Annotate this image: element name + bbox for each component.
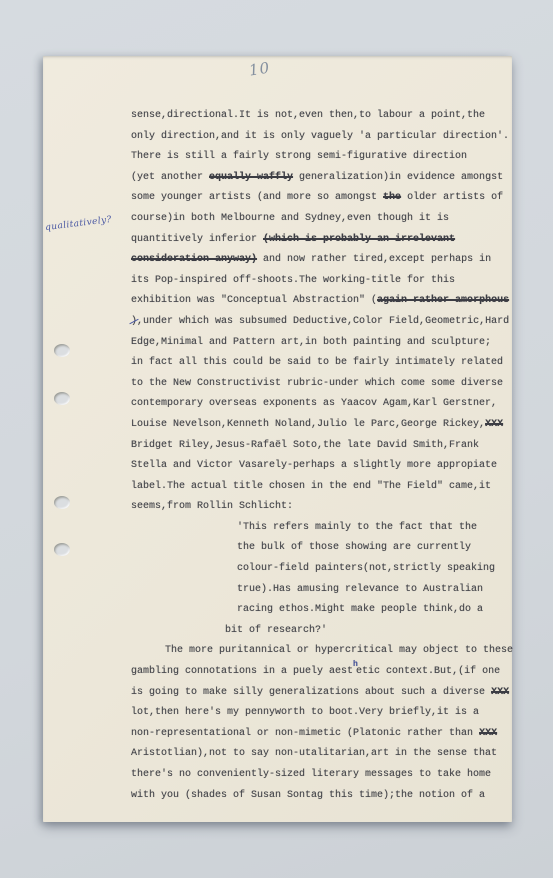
text-segment: some younger artists (and more so amongs… [131, 192, 383, 203]
strikethrough-segment: consideration anyway) [131, 254, 257, 265]
text-segment: course)in both Melbourne and Sydney,even… [131, 213, 449, 224]
text-segment: to the New Constructivist rubric-under w… [131, 378, 503, 389]
typed-line: sense,directional.It is not,even then,to… [131, 106, 512, 127]
text-segment: bit of research?' [225, 625, 327, 636]
text-segment: quantitively inferior [131, 234, 263, 245]
text-segment: label.The actual title chosen in the end… [131, 481, 491, 492]
typed-line: The more puritannical or hypercritical m… [131, 641, 512, 662]
punch-hole [54, 543, 70, 556]
typed-line: Louise Nevelson,Kenneth Noland,Julio le … [131, 415, 512, 436]
text-segment: lot,then here's my pennyworth to boot.Ve… [131, 707, 479, 718]
typed-line: quantitively inferior (which is probably… [131, 230, 512, 251]
text-segment: is going to make silly generalizations a… [131, 687, 491, 698]
page-number: 10 [248, 58, 272, 79]
text-segment: The more puritannical or hypercritical m… [165, 645, 513, 656]
text-segment: Edge,Minimal and Pattern art,in both pai… [131, 337, 491, 348]
text-segment: Aristotlian),not to say non-utalitarian,… [131, 748, 497, 759]
text-segment: with you (shades of Susan Sontag this ti… [131, 790, 485, 801]
strikethrough-segment: (which is probably an irrelevant [263, 234, 455, 245]
text-segment: generalization)in evidence amongst [293, 172, 503, 183]
text-segment: non-representational or non-mimetic (Pla… [131, 728, 479, 739]
typed-line: label.The actual title chosen in the end… [131, 477, 512, 498]
text-segment: only direction,and it is only vaguely 'a… [131, 131, 509, 142]
text-segment: there's no conveniently-sized literary m… [131, 769, 491, 780]
text-segment: and now rather tired,except perhaps in [257, 254, 491, 265]
typed-line: contemporary overseas exponents as Yaaco… [131, 394, 512, 415]
typed-line: its Pop-inspired off-shoots.The working-… [131, 271, 512, 292]
typed-line-quote: bit of research?' [131, 621, 512, 642]
text-segment: Stella and Victor Vasarely-perhaps a sli… [131, 460, 497, 471]
text-segment: racing ethos.Might make people think,do … [237, 604, 483, 615]
text-segment: exhibition was "Conceptual Abstraction" … [131, 295, 377, 306]
text-segment: There is still a fairly strong semi-figu… [131, 151, 467, 162]
typed-line: ),under which was subsumed Deductive,Col… [131, 312, 512, 333]
text-segment: contemporary overseas exponents as Yaaco… [131, 398, 497, 409]
typed-line-quote: colour-field painters(not,strictly speak… [131, 559, 512, 580]
typed-line: some younger artists (and more so amongs… [131, 188, 512, 209]
text-segment: the bulk of those showing are currently [237, 542, 471, 553]
text-segment: sense,directional.It is not,even then,to… [131, 110, 485, 121]
text-segment: seems,from Rollin Schlicht: [131, 501, 293, 512]
strikethrough-segment: XXX [479, 728, 497, 739]
typed-line: seems,from Rollin Schlicht: [131, 497, 512, 518]
typed-line: exhibition was "Conceptual Abstraction" … [131, 291, 512, 312]
text-segment: colour-field painters(not,strictly speak… [237, 563, 495, 574]
typed-line: Bridget Riley,Jesus-Rafaël Soto,the late… [131, 436, 512, 457]
typed-line: (yet another equally waffly generalizati… [131, 168, 512, 189]
pen-inserted-letter: h [353, 655, 356, 676]
punch-hole [54, 392, 70, 405]
typed-line: There is still a fairly strong semi-figu… [131, 147, 512, 168]
typed-line: to the New Constructivist rubric-under w… [131, 374, 512, 395]
typed-line-quote: racing ethos.Might make people think,do … [131, 600, 512, 621]
text-segment: true).Has amusing relevance to Australia… [237, 584, 483, 595]
typed-line: lot,then here's my pennyworth to boot.Ve… [131, 703, 512, 724]
text-segment: (yet another [131, 172, 209, 183]
text-segment: etic context.But,(if one [356, 666, 500, 677]
typed-line: only direction,and it is only vaguely 'a… [131, 127, 512, 148]
typed-line: there's no conveniently-sized literary m… [131, 765, 512, 786]
text-segment: ,under which was subsumed Deductive,Colo… [137, 316, 509, 327]
typed-line-quote: true).Has amusing relevance to Australia… [131, 580, 512, 601]
typed-line: course)in both Melbourne and Sydney,even… [131, 209, 512, 230]
typed-line: with you (shades of Susan Sontag this ti… [131, 786, 512, 807]
text-segment: older artists of [401, 192, 503, 203]
typed-line: Aristotlian),not to say non-utalitarian,… [131, 744, 512, 765]
text-segment: in fact all this could be said to be fai… [131, 357, 503, 368]
strikethrough-segment: again rather amorphous [377, 295, 509, 306]
margin-annotation: qualitatively? [45, 215, 113, 233]
scanned-document-background: 10 qualitatively? sense,directional.It i… [0, 0, 553, 878]
typed-line-quote: the bulk of those showing are currently [131, 538, 512, 559]
strikethrough-segment: the [383, 192, 401, 203]
pen-deleted-segment: ) [131, 312, 137, 333]
typed-line: Stella and Victor Vasarely-perhaps a sli… [131, 456, 512, 477]
typed-line-quote: 'This refers mainly to the fact that the [131, 518, 512, 539]
text-segment: its Pop-inspired off-shoots.The working-… [131, 275, 455, 286]
typed-line: Edge,Minimal and Pattern art,in both pai… [131, 333, 512, 354]
punch-hole [54, 344, 70, 357]
typed-line: gambling connotations in a puely aesthet… [131, 662, 512, 683]
typed-text-block: sense,directional.It is not,even then,to… [131, 106, 512, 806]
typed-line: in fact all this could be said to be fai… [131, 353, 512, 374]
punch-hole [54, 496, 70, 509]
typed-line: is going to make silly generalizations a… [131, 683, 512, 704]
text-segment: 'This refers mainly to the fact that the [237, 522, 477, 533]
text-segment: Louise Nevelson,Kenneth Noland,Julio le … [131, 419, 485, 430]
strikethrough-segment: equally waffly [209, 172, 293, 183]
strikethrough-segment: XXX [485, 419, 503, 430]
typed-line: consideration anyway) and now rather tir… [131, 250, 512, 271]
document-page: 10 qualitatively? sense,directional.It i… [43, 56, 512, 822]
text-segment: Bridget Riley,Jesus-Rafaël Soto,the late… [131, 440, 479, 451]
strikethrough-segment: XXX [491, 687, 509, 698]
text-segment: gambling connotations in a puely aest [131, 666, 353, 677]
typed-line: non-representational or non-mimetic (Pla… [131, 724, 512, 745]
